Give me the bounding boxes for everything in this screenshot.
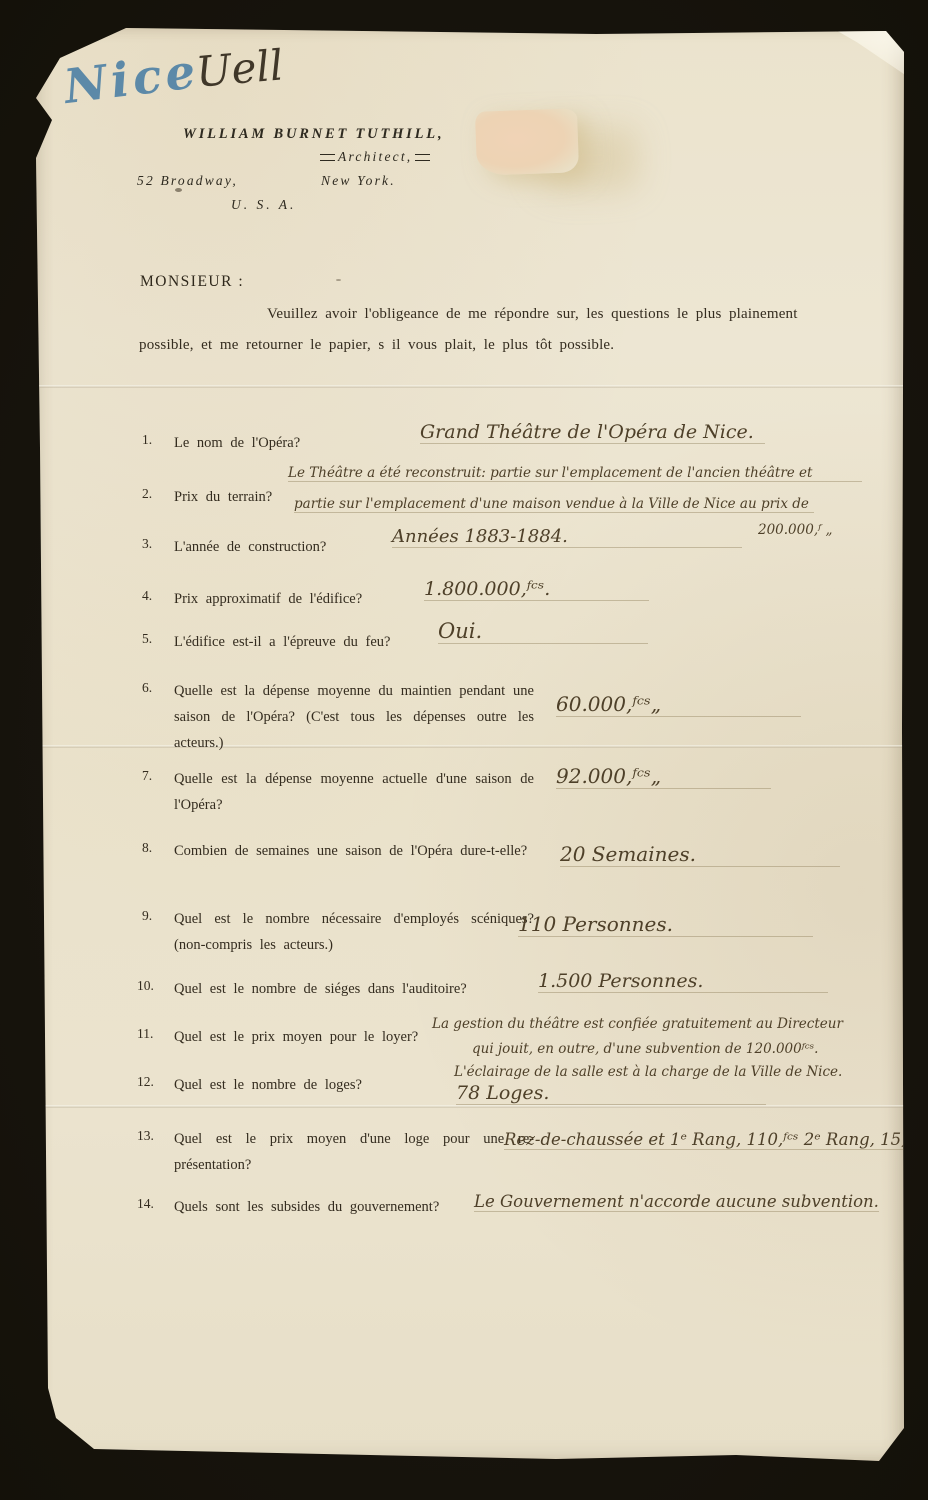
question-1-number: 1. — [142, 432, 152, 448]
answer-11-line-1: La gestion du théâtre est confiée gratui… — [432, 1016, 843, 1032]
question-14-number: 14. — [137, 1196, 154, 1212]
answer-2-line-2: partie sur l'emplacement d'une maison ve… — [294, 496, 814, 513]
blue-pencil-annotation: Nice — [61, 44, 202, 115]
answer-13: Rez-de-chaussée et 1ᵉ Rang, 110,ᶠᶜˢ 2ᵉ R… — [504, 1130, 922, 1150]
answer-12: 78 Loges. — [456, 1082, 766, 1105]
question-9-text: Quel est le nombre nécessaire d'employés… — [174, 906, 534, 958]
question-4-number: 4. — [142, 588, 152, 604]
question-10-text: Quel est le nombre de siéges dans l'audi… — [174, 976, 534, 1002]
question-6-text: Quelle est la dépense moyenne du maintie… — [174, 678, 534, 756]
question-9-number: 9. — [142, 908, 152, 924]
corner-fold — [826, 28, 904, 76]
letterhead-title-text: Architect, — [338, 149, 412, 164]
question-2-number: 2. — [142, 486, 152, 502]
question-7-text: Quelle est la dépense moyenne actuelle d… — [174, 766, 534, 818]
question-8-text: Combien de semaines une saison de l'Opér… — [174, 838, 534, 864]
question-3-number: 3. — [142, 536, 152, 552]
salutation: MONSIEUR : — [140, 273, 244, 291]
question-13-text: Quel est le prix moyen d'une loge pour u… — [174, 1126, 534, 1178]
answer-2-line-3: 200.000,ᶠ „ — [758, 522, 833, 538]
question-13-number: 13. — [137, 1128, 154, 1144]
question-5-number: 5. — [142, 631, 152, 647]
rule-ornament — [415, 154, 430, 161]
intro-line-2: possible, et me retourner le papier, s i… — [139, 337, 614, 354]
answer-10: 1.500 Personnes. — [538, 970, 828, 993]
answer-1: Grand Théâtre de l'Opéra de Nice. — [420, 421, 765, 444]
fold-crease-top — [36, 385, 904, 388]
answer-9: 110 Personnes. — [518, 912, 813, 937]
answer-5: Oui. — [438, 619, 648, 644]
paper-stain — [475, 108, 579, 176]
answer-8: 20 Semaines. — [560, 842, 840, 867]
document-page: Nice Uell WILLIAM BURNET TUTHILL, Archit… — [36, 28, 904, 1466]
question-8-number: 8. — [142, 840, 152, 856]
fold-crease-bottom — [36, 1105, 904, 1108]
rule-ornament — [320, 154, 335, 161]
question-12-number: 12. — [137, 1074, 154, 1090]
answer-6: 60.000,ᶠᶜˢ„ — [556, 692, 801, 717]
answer-4: 1.800.000,ᶠᶜˢ. — [424, 578, 649, 601]
letterhead-name: WILLIAM BURNET TUTHILL, — [183, 126, 444, 143]
answer-14: Le Gouvernement n'accorde aucune subvent… — [474, 1192, 879, 1212]
intro-line-1: Veuillez avoir l'obligeance de me répond… — [267, 306, 798, 323]
answer-11-line-2: qui jouit, en outre, d'une subvention de… — [472, 1041, 818, 1057]
ink-annotation: Uell — [194, 40, 285, 96]
scan-background: Nice Uell WILLIAM BURNET TUTHILL, Archit… — [0, 0, 928, 1500]
question-11-number: 11. — [137, 1026, 153, 1042]
question-6-number: 6. — [142, 680, 152, 696]
letterhead-street: 52 Broadway, — [137, 173, 238, 189]
answer-3: Années 1883-1884. — [392, 526, 742, 548]
letterhead-country: U. S. A. — [231, 197, 296, 213]
answer-2-line-1: Le Théâtre a été reconstruit: partie sur… — [288, 465, 862, 482]
question-10-number: 10. — [137, 978, 154, 994]
question-7-number: 7. — [142, 768, 152, 784]
answer-7: 92.000,ᶠᶜˢ„ — [556, 764, 771, 789]
letterhead-title: Architect, — [317, 149, 433, 165]
letterhead-city: New York. — [321, 173, 396, 189]
